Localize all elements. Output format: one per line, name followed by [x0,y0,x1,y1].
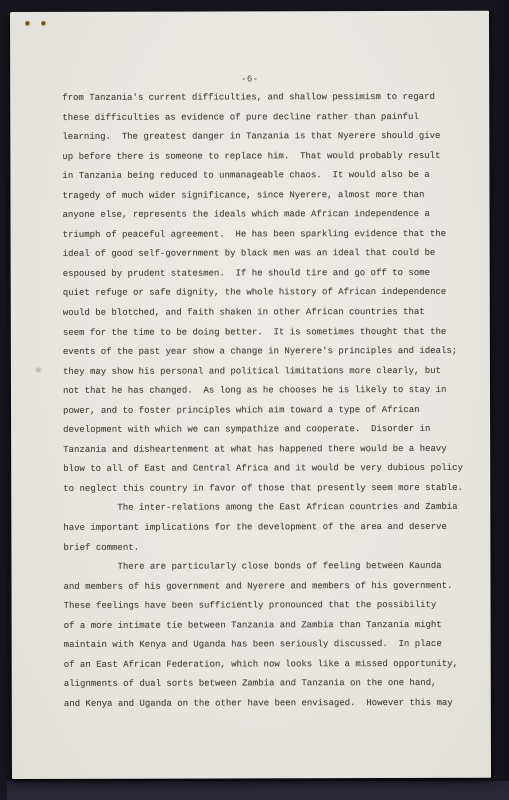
text-line: tragedy of much wider significance, sinc… [62,186,462,207]
text-line: These feelings have been sufficiently pr… [64,596,464,617]
text-line: not that he has changed. As long as he c… [63,381,463,402]
text-line: of a more intimate tie between Tanzania … [64,616,464,637]
text-line: they may show his personal and political… [63,361,463,382]
text-line: power, and to foster principles which ai… [63,401,463,422]
text-line: triumph of peaceful agreement. He has be… [63,225,463,246]
text-line: and Kenya and Uganda on the other have b… [64,694,464,715]
text-line: and members of his government and Nyerer… [63,576,463,597]
scanned-document-view: -6- from Tanzania's current difficulties… [0,0,509,800]
text-line: up before there is someone to replace hi… [62,146,462,167]
text-line: anyone else, represents the ideals which… [63,205,463,226]
text-line: these difficulties as evidence of pure d… [62,107,462,128]
text-line: alignments of dual sorts between Zambia … [64,674,464,695]
text-line: in Tanzania being reduced to unmanageabl… [62,166,462,187]
paper-smudge [36,368,41,372]
pinhole-mark [25,21,30,26]
document-text: from Tanzania's current difficulties, an… [62,88,463,715]
text-line: espoused by prudent statesmen. If he sho… [63,264,463,285]
document-page: -6- from Tanzania's current difficulties… [10,11,491,779]
text-line: events of the past year show a change in… [63,342,463,363]
page-number: -6- [10,73,489,86]
text-line: have important implications for the deve… [63,518,463,539]
text-line: seem for the time to be doing better. It… [63,322,463,343]
text-line: Tanzania and disheartenment at what has … [63,440,463,461]
text-line: would be blotched, and faith shaken in o… [63,303,463,324]
text-line: brief comment. [63,537,463,558]
pinhole-mark [41,21,46,26]
text-line: maintain with Kenya and Uganda has been … [64,635,464,656]
text-line: of an East African Federation, which now… [64,655,464,676]
scanner-background-bottom [7,781,509,800]
text-line: The inter-relations among the East Afric… [63,498,463,519]
text-line: ideal of good self-government by black m… [63,244,463,265]
text-line: from Tanzania's current difficulties, an… [62,88,462,109]
text-line: blow to all of East and Central Africa a… [63,459,463,480]
text-line: There are particularly close bonds of fe… [63,557,463,578]
text-line: development with which we can sympathize… [63,420,463,441]
text-line: learning. The greatest danger in Tanzani… [62,127,462,148]
scanner-background-right [489,0,509,800]
text-line: to neglect this country in favor of thos… [63,479,463,500]
text-line: quiet refuge or safe dignity, the whole … [63,283,463,304]
